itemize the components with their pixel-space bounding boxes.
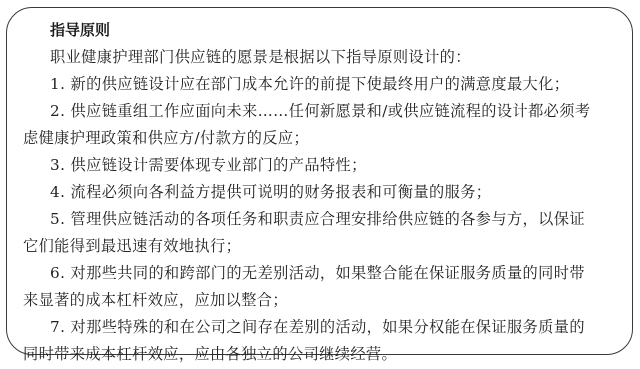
principle-5: 5. 管理供应链活动的各项任务和职责应合理安排给供应链的各参与方，以保证	[50, 209, 585, 229]
principle-2: 2. 供应链重组工作应面向未来……任何新愿景和/或供应链流程的设计都必须考	[50, 101, 590, 121]
principle-1: 1. 新的供应链设计应在部门成本允许的前提下使最终用户的满意度最大化；	[50, 74, 569, 94]
principle-5-cont: 它们能得到最迅速有效地执行；	[23, 236, 241, 256]
principle-2-cont: 虑健康护理政策和供应方/付款方的反应；	[23, 128, 309, 148]
principle-6-cont: 来显著的成本杠杆效应，应加以整合；	[23, 290, 288, 310]
box-title: 指导原则	[50, 20, 110, 40]
intro-line: 职业健康护理部门供应链的愿景是根据以下指导原则设计的：	[50, 47, 471, 67]
principle-3: 3. 供应链设计需要体现专业部门的产品特性；	[50, 155, 367, 175]
principle-4: 4. 流程必须向各利益方提供可说明的财务报表和可衡量的服务；	[50, 182, 491, 202]
principle-6: 6. 对那些共同的和跨部门的无差别活动，如果整合能在保证服务质量的同时带	[50, 263, 585, 283]
principle-7-cont: 同时带来成本杠杆效应，应由各独立的公司继续经营。	[23, 344, 397, 364]
principle-7: 7. 对那些特殊的和在公司之间存在差别的活动，如果分权能在保证服务质量的	[50, 317, 585, 337]
